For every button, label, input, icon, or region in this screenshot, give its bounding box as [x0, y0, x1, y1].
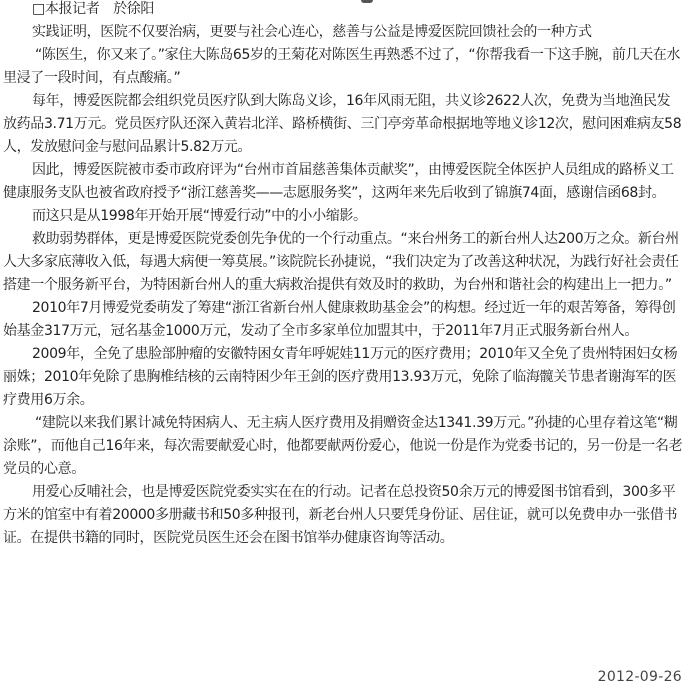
paragraph: “陈医生，你又来了。”家住大陈岛65岁的王菊花对陈医生再熟悉不过了，“你帮我看一…	[3, 44, 683, 90]
paragraph: 每年，博爱医院都会组织党员医疗队到大陈岛义诊，16年风雨无阻，共义诊2622人次…	[3, 90, 683, 159]
article-body: □本报记者 於徐阳 实践证明，医院不仅要治病，更要与社会心连心，慈善与公益是博爱…	[3, 0, 683, 550]
publish-date: 2012-09-26	[598, 669, 682, 685]
paragraph: 2010年7月博爱党委萌发了筹建“浙江省新台州人健康救助基金会”的构想。经过近一…	[3, 297, 683, 343]
paragraph-intro: 实践证明，医院不仅要治病，更要与社会心连心，慈善与公益是博爱医院回馈社会的一种方…	[3, 21, 683, 44]
paragraph: 2009年，全免了患脸部肿瘤的安徽特困女青年呼妮娃11万元的医疗费用；2010年…	[3, 343, 683, 412]
paragraph: 因此，博爱医院被市委市政府评为“台州市首届慈善集体贡献奖”，由博爱医院全体医护人…	[3, 159, 683, 205]
byline: □本报记者 於徐阳	[3, 0, 683, 21]
paragraph: “建院以来我们累计减免特困病人、无主病人医疗费用及捐赠资金达1341.39万元。…	[3, 412, 683, 481]
paragraph: 而这只是从1998年开始开展“博爱行动”中的小小缩影。	[3, 205, 683, 228]
paragraph: 用爱心反哺社会，也是博爱医院党委实实在在的行动。记者在总投资50余万元的博爱图书…	[3, 481, 683, 550]
paragraph: 救助弱势群体，更是博爱医院党委创先争优的一个行动重点。“来台州务工的新台州人达2…	[3, 228, 683, 297]
